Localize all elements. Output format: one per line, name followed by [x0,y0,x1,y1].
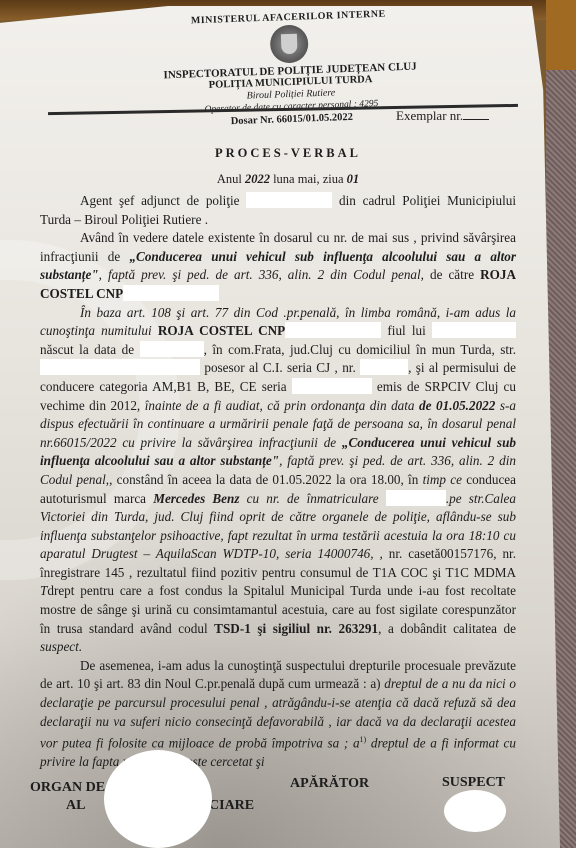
date-mid: luna mai, ziua [270,172,347,186]
text: ORGAN DE [30,780,105,795]
redacted-street [40,359,200,375]
document-title: PROCES-VERBAL [0,146,576,161]
paragraph-case: Având în vedere datele existente în dosa… [40,229,516,303]
text: , în com.Frata, jud.Cluj cu domiciliul î… [204,342,516,357]
paragraph-rights: De asemenea, i-am adus la cunoştinţă sus… [40,657,516,772]
text: cu nr. de înmatriculare [240,491,386,506]
text: posesor al C.I. seria CJ , nr. [200,360,360,375]
text: timp ce [423,472,462,487]
text: înainte de a fi audiat, că prin ordonanţ… [145,398,419,413]
order-date: de 01.05.2022 [419,398,495,413]
text: născut la data de [40,342,140,357]
text: , a dobândit calitatea de [378,621,516,636]
redacted-cnp [123,285,219,301]
document-body: Agent şef adjunct de poliţie din cadrul … [40,192,516,772]
signature-defender: APĂRĂTOR [290,776,369,792]
date-year: 2022 [245,172,270,186]
redacted-birth-date [140,341,204,357]
coat-of-arms-icon [270,24,309,63]
seal-code: TSD-1 şi sigiliul nr. 263291 [214,621,378,636]
redacted-father-name [432,322,516,338]
text: AL [66,798,85,813]
paragraph-agent: Agent şef adjunct de poliţie din cadrul … [40,192,516,229]
copy-number-blank [463,119,489,120]
redacted-id-number [360,359,408,375]
redacted-signature-suspect [444,790,506,832]
text: , faptă prev. şi ped. de art. 336, alin.… [99,267,421,282]
text: , de către [421,267,480,282]
car-make: Mercedes Benz [153,491,239,506]
text: fiul lui [381,323,432,338]
text: suspect. [40,639,82,654]
paragraph-notification: În baza art. 108 şi art. 77 din Cod .pr.… [40,304,516,657]
copy-number: Exemplar nr. [396,108,489,124]
text: Agent şef adjunct de poliţie [80,193,246,208]
redacted-cnp [285,322,381,338]
document-date: Anul 2022 luna mai, ziua 01 [0,172,576,187]
copy-number-label: Exemplar nr. [396,108,463,123]
text: , constând în aceea la data de 01.05.202… [109,472,422,487]
signature-suspect: SUSPECT [442,775,505,791]
date-day: 01 [347,172,360,186]
redacted-license-series [292,378,372,394]
redacted-plate [386,490,446,506]
redacted-name [246,192,332,208]
suspect-name: ROJA COSTEL CNP [158,323,285,338]
date-prefix: Anul [217,172,245,186]
redacted-signature-officer [104,750,212,848]
